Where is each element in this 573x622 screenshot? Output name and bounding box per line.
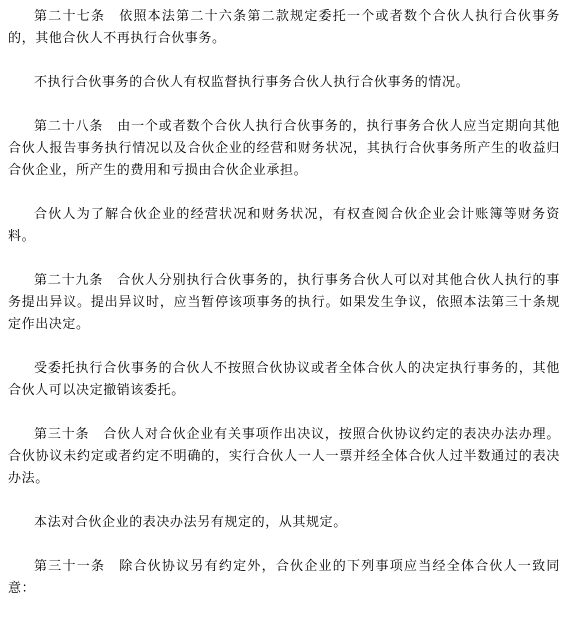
paragraph-article-28: 第二十八条由一个或者数个合伙人执行合伙事务的，执行事务合伙人应当定期向其他合伙人… [8, 116, 560, 182]
article-number: 第二十七条 [34, 9, 105, 24]
article-number: 第二十八条 [34, 119, 103, 134]
article-number: 第二十九条 [34, 273, 103, 288]
paragraph-text: 受委托执行合伙事务的合伙人不按照合伙协议或者全体合伙人的决定执行事务的，其他合伙… [8, 361, 560, 398]
paragraph-text: 不执行合伙事务的合伙人有权监督执行事务合伙人执行合伙事务的情况。 [34, 75, 469, 90]
paragraph-article-29: 第二十九条合伙人分别执行合伙事务的，执行事务合伙人可以对其他合伙人执行的事务提出… [8, 270, 560, 336]
paragraph-article-29-cont: 受委托执行合伙事务的合伙人不按照合伙协议或者全体合伙人的决定执行事务的，其他合伙… [8, 358, 560, 402]
paragraph-article-30: 第三十条合伙人对合伙企业有关事项作出决议，按照合伙协议约定的表决办法办理。合伙协… [8, 424, 560, 490]
paragraph-text: 合伙人为了解合伙企业的经营状况和财务状况，有权查阅合伙企业会计账簿等财务资料。 [8, 207, 560, 244]
paragraph-article-28-cont: 合伙人为了解合伙企业的经营状况和财务状况，有权查阅合伙企业会计账簿等财务资料。 [8, 204, 560, 248]
law-document: 第二十七条依照本法第二十六条第二款规定委托一个或者数个合伙人执行合伙事务的，其他… [8, 6, 560, 571]
article-number: 第三十一条 [34, 559, 105, 571]
paragraph-article-27-cont: 不执行合伙事务的合伙人有权监督执行事务合伙人执行合伙事务的情况。 [8, 72, 560, 94]
paragraph-text: 合伙人对合伙企业有关事项作出决议，按照合伙协议约定的表决办法办理。合伙协议未约定… [8, 427, 560, 486]
paragraph-text: 本法对合伙企业的表决办法另有规定的，从其规定。 [34, 515, 347, 530]
paragraph-article-31: 第三十一条除合伙协议另有约定外，合伙企业的下列事项应当经全体合伙人一致同意： [8, 556, 560, 571]
article-number: 第三十条 [34, 427, 89, 442]
paragraph-article-30-cont: 本法对合伙企业的表决办法另有规定的，从其规定。 [8, 512, 560, 534]
paragraph-article-27: 第二十七条依照本法第二十六条第二款规定委托一个或者数个合伙人执行合伙事务的，其他… [8, 6, 560, 50]
